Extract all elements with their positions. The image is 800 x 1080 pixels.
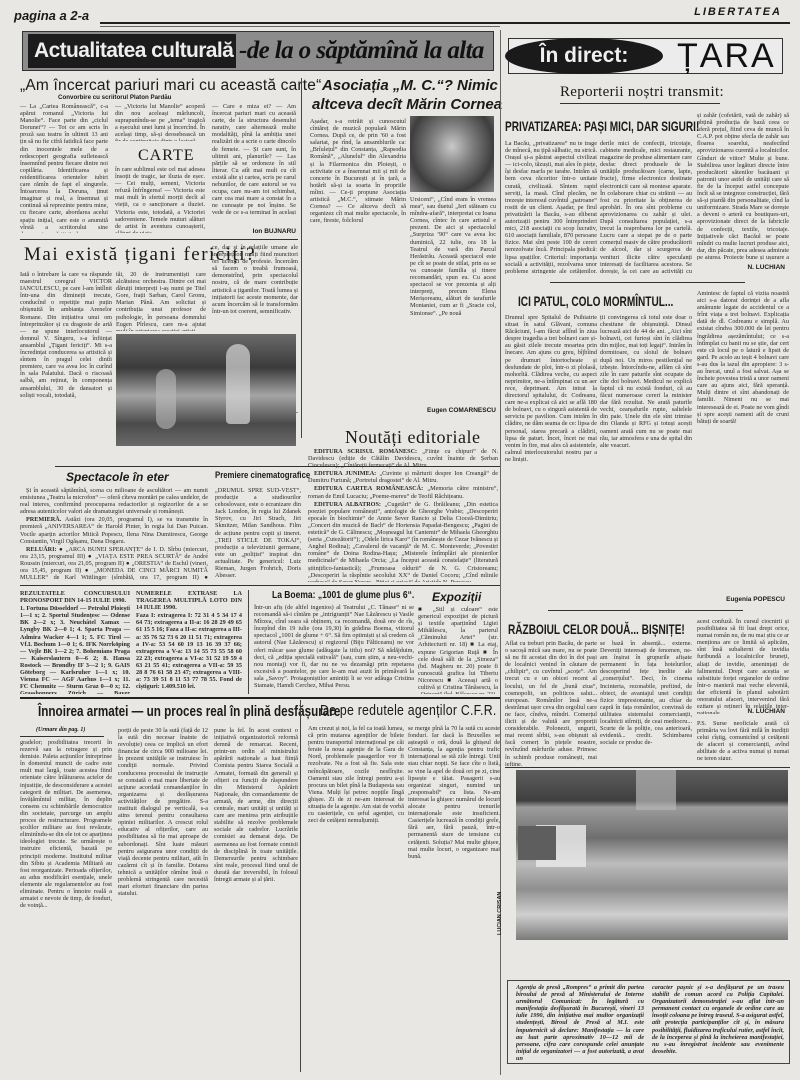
association-signature: Eugen COMARNESCU <box>400 407 496 414</box>
culture-banner: Actualitatea culturală -de la o săptămîn… <box>22 31 494 71</box>
column-divider <box>300 700 301 1072</box>
editorial-item: EDITURA JUNIMEA: „Cuvinte și mărturii de… <box>308 470 498 484</box>
section-rule <box>548 610 743 611</box>
continued-rule <box>20 736 104 737</box>
newspaper-name: LIBERTATEA <box>694 6 782 18</box>
interview-col1: — La „Cartea Românească“, c-a apărut rom… <box>20 103 108 233</box>
portrait-photo <box>410 116 494 192</box>
war-col3: acest confuză. În cursul ciocnirii și po… <box>697 618 789 714</box>
gypsies-col2: tăi, 20 de instrumentiști care alcătuies… <box>116 271 206 331</box>
communique-col2: caracter pașnic și s-a desfășurat pe un … <box>652 984 784 1060</box>
war-col2: se bază în absență... externe. Deveniți … <box>600 640 692 760</box>
gypsies-col3: ce, dar și în relațiile umane ale interp… <box>212 244 298 324</box>
interview-signature: Ion BUJNARU <box>212 228 296 235</box>
cemetery-signature: Eugenia POPESCU <box>697 596 785 603</box>
masthead-rule-thin <box>100 26 500 27</box>
interview-subhead: Convorbire cu scriitorul Platon Pardău <box>58 94 171 101</box>
loto-headline: NUMERELE EXTRASE LA TRAGEREA MULTIPLĂ LO… <box>136 590 242 611</box>
association-headline-1: Asociația „M. C.“? Nimic <box>322 77 498 94</box>
country-subtitle: Reporterii noștri transmit: <box>560 84 724 101</box>
section-rule <box>550 282 745 283</box>
country-banner-right: ȚARA <box>677 37 776 75</box>
pronosport-headline: REZULTATELE CONCURSULUI PRONOSPORT DIN 1… <box>20 590 130 604</box>
army-col1: gradelor; posibilitatea trecerii în reze… <box>20 739 112 1069</box>
cinema-headline: Premiere cinematografice <box>215 470 310 481</box>
pronosport-body: 1. Fortuna Düsseldorf — Petrolul Ploieșt… <box>20 605 130 694</box>
cemetery-col1: Drumul spre Spitalul de Psihiatrie situa… <box>505 314 597 580</box>
photo-credit: LUCIAN CRISAN <box>497 892 503 935</box>
cfr-col2: se merge pînă la 70 la sută cu aceste fo… <box>408 725 500 1069</box>
cfr-headline: De pe redutele agenților C.F.R. <box>320 702 497 719</box>
section-rule <box>20 697 500 699</box>
army-headline: Înnoirea armatei — un proces real în pli… <box>38 703 340 720</box>
radio-headline: Spectacole în eter <box>66 470 169 484</box>
cinema-body: „DRUMUL SPRE SUD-VEST“, producție a stud… <box>215 487 301 581</box>
army-continued: (Urmare din pag. 1) <box>36 727 85 733</box>
country-banner: În direct: ȚARA <box>508 38 783 74</box>
culture-banner-subtitle: -de la o săptămînă la alta <box>239 34 484 68</box>
boxed-word-carte: CARTE <box>138 147 194 165</box>
demonstration-photo <box>516 770 788 940</box>
association-col2: Ursiceni“, „Cînd eram în vremea mea“, sa… <box>410 196 496 324</box>
radio-intro: Și în această săptămînă, scena cu milioa… <box>20 487 208 515</box>
privatization-col1: La Bacău, „privatizarea“ nu te trage de … <box>505 140 597 274</box>
gypsy-dancers-photo <box>116 334 296 446</box>
column-divider <box>248 590 249 694</box>
cemetery-headline: ICI PATUL, COLO MORMÎNTUL... <box>518 293 673 309</box>
army-col3: pune la fel. În acest context o inițiati… <box>214 727 298 1069</box>
expo-headline: Expoziții <box>432 590 481 604</box>
privatization-col3: și zahăr (cofetării, vată de zahăr) să o… <box>697 112 789 260</box>
loto-results: NUMERELE EXTRASE LA TRAGEREA MULTIPLĂ LO… <box>136 590 242 694</box>
association-col1: Așadar, s-a retrăit și cunoscutul cîntăr… <box>310 118 406 238</box>
loto-body: Faza I: extragerea I: 72 31 4 5 34 17 4 … <box>136 612 242 690</box>
interview-col2: — „Victoria lui Manolie“ acoperă din nou… <box>115 103 205 141</box>
gypsies-col1: Iată o întrebare la care va răspunde mae… <box>20 271 112 449</box>
radio-reruns: RELUĂRI: ● „ARCA BUNEI SPERANȚE“ de I. D… <box>20 546 208 581</box>
subtitle-rule <box>560 103 720 104</box>
editorial-list: EDITURA SCRISUL ROMÂNESC: „Ființe cu chi… <box>308 448 498 582</box>
section-rule <box>20 239 298 240</box>
page-number: pagina a 2-a <box>14 8 89 23</box>
communique-col1: Agenția de presă „Rompres“ a primit din … <box>516 984 644 1060</box>
interview-col3: — Care e miza ei? — Am încercat pariuri … <box>212 103 296 215</box>
interview-headline: „Am încercat pariuri mari cu această car… <box>20 77 321 95</box>
radio-body: Și în această săptămînă, scena cu milioa… <box>20 487 208 581</box>
expo-body: ■ „Stil și culoare“ este genericul expoz… <box>418 606 498 694</box>
war-headline: RĂZBOIUL CELOR DOUĂ... BIȘNIȚE! <box>508 621 685 637</box>
privatization-headline: PRIVATIZAREA: PAȘI MICI, DAR SIGURI! <box>505 118 699 134</box>
boema-headline: La Boema: „1001 de glume plus 6“. <box>272 590 414 601</box>
interview-col2b: în care sublimul este cel mai adesea îns… <box>115 166 205 233</box>
association-col1b <box>310 242 406 330</box>
masthead-rule <box>100 22 790 24</box>
editorial-headline: Noutăți editoriale <box>345 427 480 448</box>
cemetery-col2: ții convingerea că totul este doar o che… <box>600 314 692 580</box>
column-divider <box>301 78 302 438</box>
section-rule <box>505 767 790 768</box>
culture-banner-title: Actualitatea culturală <box>28 34 236 68</box>
editorial-item: EDITURA CARTEA ROMÂNEASCĂ: „Memoria cătr… <box>308 485 498 499</box>
cemetery-col3: Amintesc de faptul că vizita noastră aic… <box>697 290 789 592</box>
army-col2: porții de peste 30 la sută (față de 12 l… <box>118 727 208 1069</box>
section-rule <box>20 585 500 586</box>
association-headline-2: altceva decît Mărin Cornea <box>312 96 502 113</box>
editorial-item: EDITURA ALBATROS: „Cugetări“ de G. Ibrăi… <box>308 501 498 582</box>
cfr-col1: Am crezut și noi, la fel ca toată lumea,… <box>308 725 404 1069</box>
editorial-item: EDITURA SCRISUL ROMÂNESC: „Ființe cu chi… <box>308 448 498 469</box>
war-signature: N. LUCHIAN <box>697 708 785 715</box>
pronosport-results: REZULTATELE CONCURSULUI PRONOSPORT DIN 1… <box>20 590 130 694</box>
radio-premiere: PREMIERĂ. Astăzi (ora 20,05, programul I… <box>20 516 208 544</box>
country-banner-left: În direct: <box>505 38 663 74</box>
protest-portrait <box>518 826 556 860</box>
boema-body: Într-un afiș (de altfel ingenios) al Tea… <box>254 604 414 692</box>
privatization-signature: N. LUCHIAN <box>697 264 785 271</box>
privatization-col2: derile mici de confecții, tricotaje, cab… <box>600 140 692 274</box>
war-postscript: P.S. Surse neoficiale arată că primăria … <box>697 720 789 760</box>
